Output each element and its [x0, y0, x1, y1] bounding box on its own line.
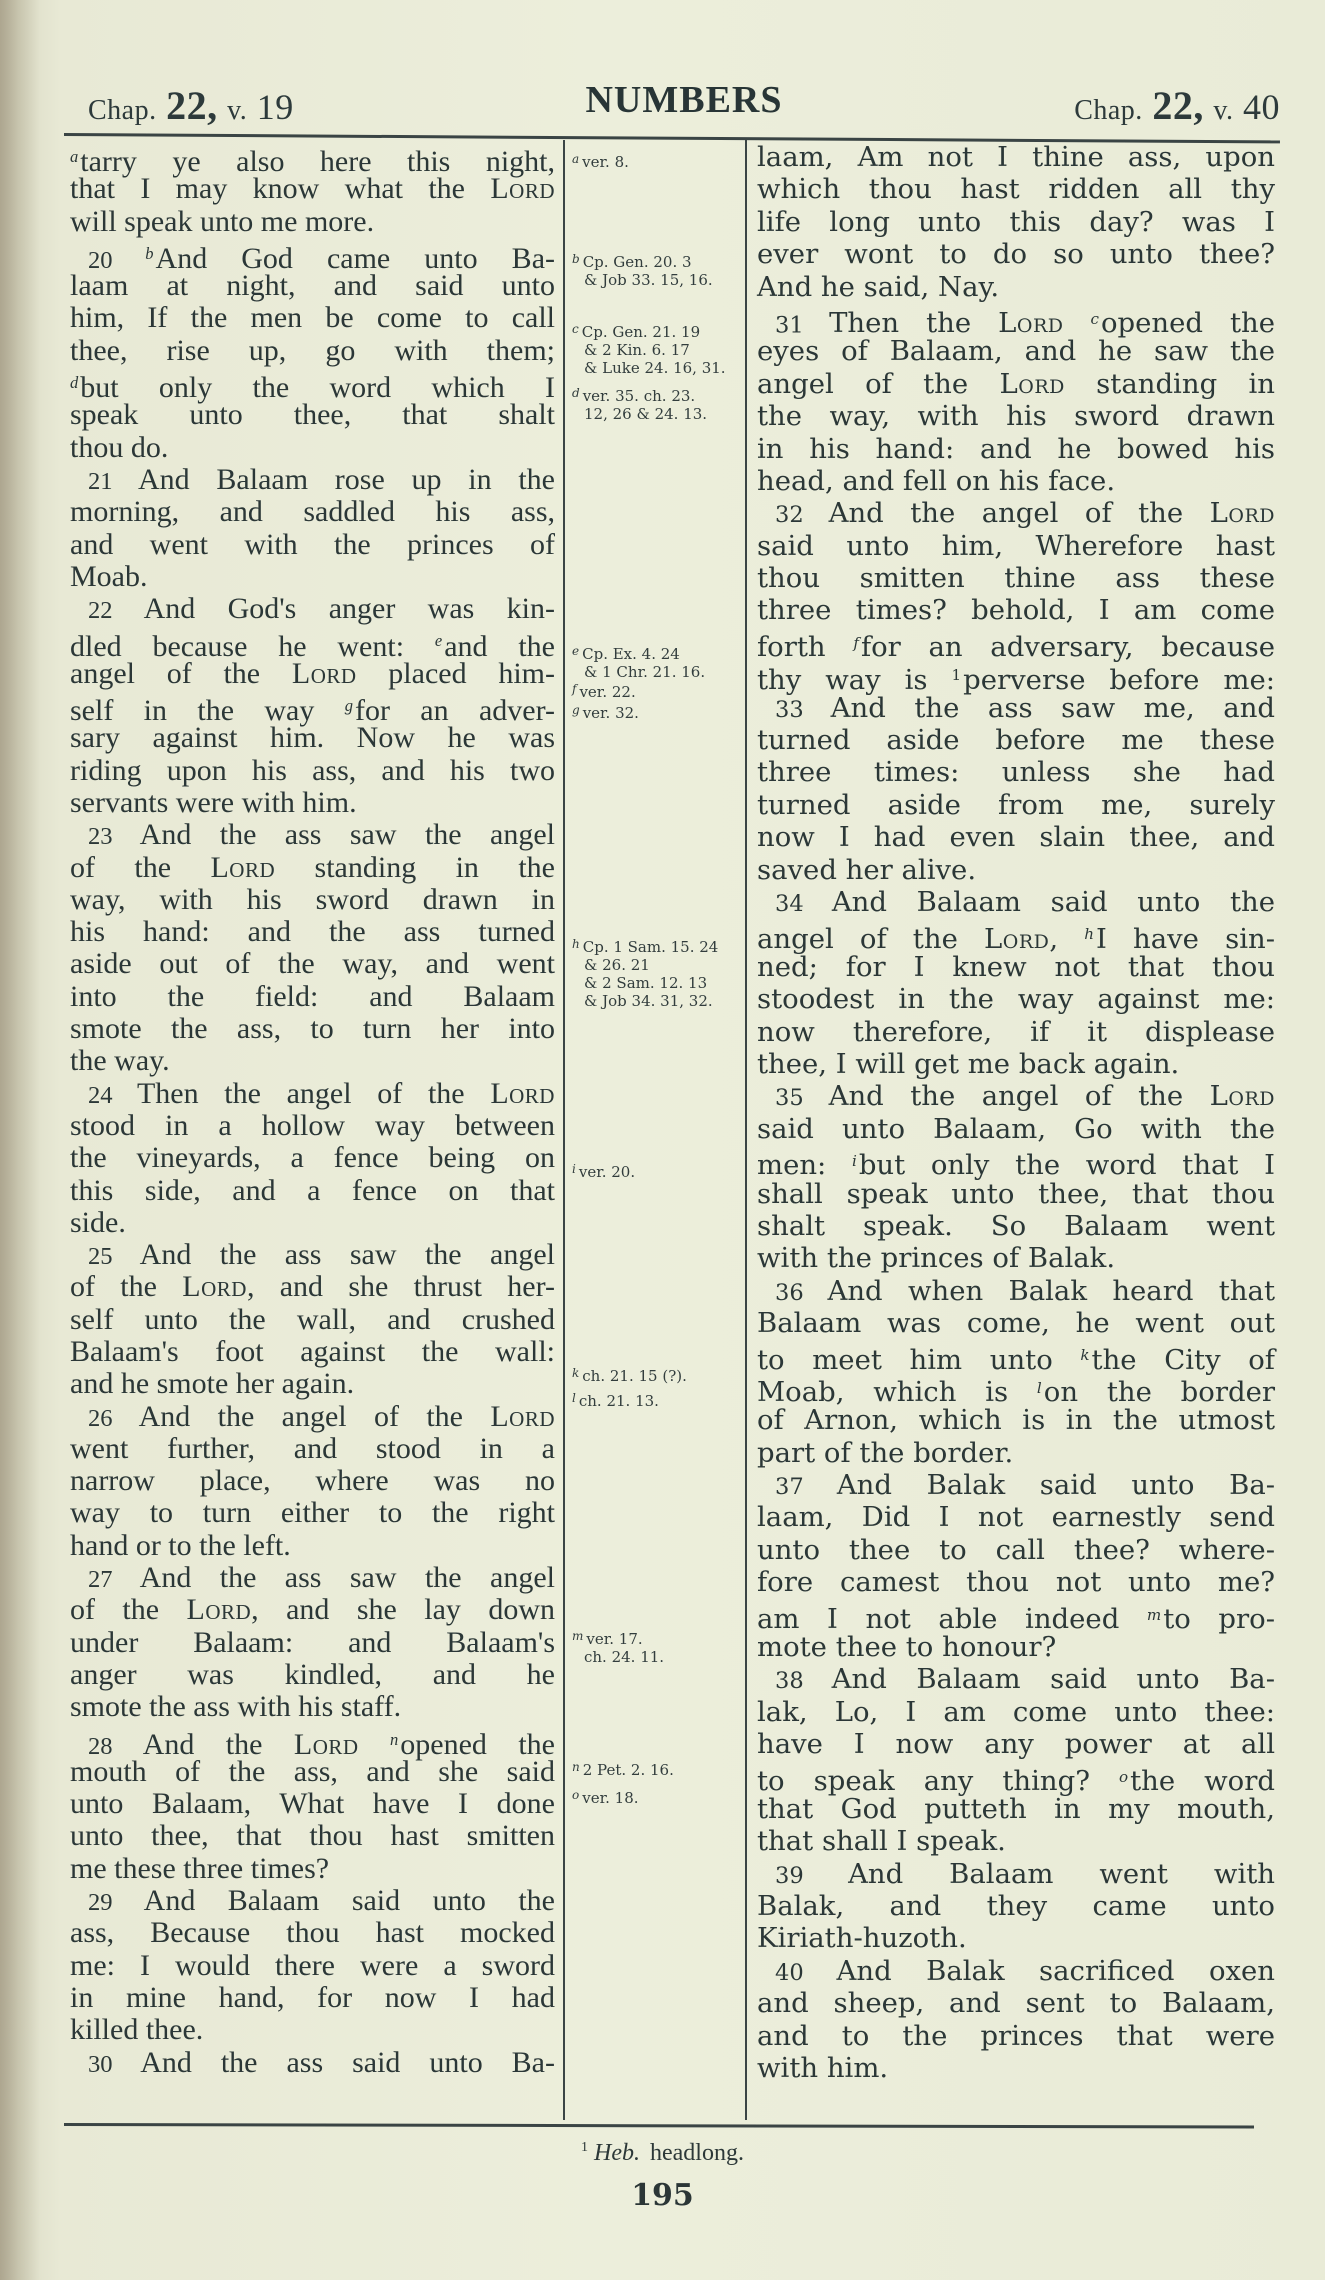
reference-marker: b — [145, 244, 153, 263]
footnote-abbreviation: Heb. — [594, 2140, 640, 2166]
verse-start-line: 35 And the angel of the Lord — [757, 1080, 1275, 1112]
cross-reference-f: fver. 22. — [572, 680, 636, 701]
text-line: Balaam's foot against the wall: — [70, 1336, 555, 1368]
verse-text: And God's anger was kin- — [144, 592, 555, 625]
text-line: unto thee, that thou hast smitten — [70, 1820, 555, 1852]
verse-number: 29 — [88, 1889, 144, 1916]
verse-text: with him. — [757, 2052, 888, 2084]
text-line: the vineyards, a fence being on — [70, 1142, 555, 1174]
reference-letter: a — [572, 152, 579, 166]
reference-text: & Luke 24. 16, 31. — [572, 359, 726, 377]
text-line: self in the way gfor an adver- — [70, 690, 555, 722]
verse-number: 26 — [88, 1405, 139, 1432]
text-line: to speak any thing? othe word — [757, 1761, 1275, 1793]
verse-text: And the angel of the Lord — [829, 1080, 1275, 1112]
verse-text: Then the angel of the Lord — [137, 1077, 555, 1110]
divine-name: Lord — [292, 657, 357, 690]
verse-start-line: 22 And God's anger was kin- — [70, 593, 555, 625]
verse-text: And Balaam said unto the — [832, 886, 1275, 918]
text-line: have I now any power at all — [757, 1728, 1275, 1760]
verse-text: laam, Am not I thine ass, upon — [757, 141, 1275, 173]
verse-text: of the Lord standing in the — [70, 851, 555, 884]
verse-text: smote the ass, to turn her into — [70, 1012, 555, 1045]
text-column-left: atarry ye also here this night,that I ma… — [70, 141, 555, 2079]
running-header: Chap. 22, v. 19 NUMBERS Chap. 22, v. 40 — [88, 74, 1280, 134]
text-line: and went with the princes of — [70, 529, 555, 561]
verse-text: shall speak unto thee, that thou — [757, 1178, 1275, 1210]
verse-text: of Arnon, which is in the utmost — [757, 1404, 1275, 1436]
reference-marker: m — [1147, 1606, 1161, 1624]
verse-start-line: 40 And Balak sacrificed oxen — [757, 1955, 1275, 1987]
reference-letter: g — [572, 703, 580, 717]
verse-text: into the field: and Balaam — [70, 980, 555, 1013]
verse-text: And the ass saw the angel — [140, 818, 555, 851]
text-line: angel of the Lord standing in — [757, 368, 1275, 400]
text-line: laam at night, and said unto — [70, 270, 555, 302]
verse-text: servants were with him. — [70, 786, 357, 819]
text-line: stoodest in the way against me: — [757, 983, 1275, 1015]
verse-text: in mine hand, for now I had — [70, 1981, 555, 2014]
reference-marker: c — [1091, 310, 1099, 328]
verse-text: that God putteth in my mouth, — [757, 1793, 1275, 1825]
text-line: thou smitten thine ass these — [757, 562, 1275, 594]
cross-reference-h: hCp. 1 Sam. 15. 24& 26. 21& 2 Sam. 12. 1… — [572, 935, 718, 1010]
verse-text: And the ass saw the angel — [140, 1561, 555, 1594]
verse-text: mote thee to honour? — [757, 1631, 1056, 1663]
text-line: narrow place, where was no — [70, 1465, 555, 1497]
verse-start-line: 29 And Balaam said unto the — [70, 1885, 555, 1917]
verse-text: three times: unless she had — [757, 756, 1275, 788]
text-line: hand or to the left. — [70, 1530, 555, 1562]
reference-letter: m — [572, 1629, 583, 1643]
verse-text: angel of the Lord placed him- — [70, 657, 555, 690]
text-line: of the Lord standing in the — [70, 852, 555, 884]
verse-start-line: 32 And the angel of the Lord — [757, 497, 1275, 529]
verse-start-line: 20 bAnd God came unto Ba- — [70, 238, 555, 270]
reference-text: Cp. Gen. 20. 3 — [583, 253, 692, 271]
reference-letter: e — [572, 644, 579, 658]
verse-text: the way. — [70, 1044, 170, 1077]
verse-start-line: 38 And Balaam said unto Ba- — [757, 1663, 1275, 1695]
verse-text: under Balaam: and Balaam's — [70, 1626, 555, 1659]
verse-text: that shall I speak. — [757, 1825, 1006, 1857]
verse-text: Balaam's foot against the wall: — [70, 1335, 555, 1368]
verse-text: stoodest in the way against me: — [757, 983, 1275, 1015]
divine-name: Lord — [210, 851, 275, 884]
text-line: smote the ass with his staff. — [70, 1691, 555, 1723]
reference-text: ch. 21. 15 (?). — [582, 1367, 687, 1385]
verse-number: 35 — [775, 1085, 829, 1111]
text-line: thy way is 1perverse before me: — [757, 659, 1275, 691]
verse-text: And the ass saw me, and — [831, 692, 1275, 724]
page-number: 195 — [0, 2178, 1325, 2213]
column-divider-left — [563, 140, 565, 2120]
cross-reference-c: cCp. Gen. 21. 19& 2 Kin. 6. 17& Luke 24.… — [572, 320, 726, 377]
text-line: and sheep, and sent to Balaam, — [757, 1987, 1275, 2019]
verse-number: 39 — [775, 1863, 848, 1889]
text-line: stood in a hollow way between — [70, 1110, 555, 1142]
reference-letter: i — [572, 1162, 576, 1176]
verse-text: went further, and stood in a — [70, 1432, 555, 1465]
reference-marker: a — [70, 147, 78, 166]
text-line: morning, and saddled his ass, — [70, 496, 555, 528]
verse-text: part of the border. — [757, 1437, 1013, 1469]
reference-text: ver. 20. — [579, 1163, 635, 1181]
text-line: eyes of Balaam, and he saw the — [757, 335, 1275, 367]
reference-text: 12, 26 & 24. 13. — [572, 405, 707, 423]
verse-number: 22 — [88, 597, 144, 624]
text-line: servants were with him. — [70, 787, 555, 819]
text-line: will speak unto me more. — [70, 206, 555, 238]
text-line: now therefore, if it displease — [757, 1016, 1275, 1048]
text-line: angel of the Lord placed him- — [70, 658, 555, 690]
text-line: his hand: and the ass turned — [70, 916, 555, 948]
cross-reference-a: aver. 8. — [572, 150, 629, 171]
reference-text: & Job 33. 15, 16. — [572, 271, 713, 289]
verse-start-line: 27 And the ass saw the angel — [70, 1562, 555, 1594]
reference-letter: o — [572, 1788, 579, 1802]
text-line: him, If the men be come to call — [70, 302, 555, 334]
divine-name: Lord — [999, 368, 1064, 400]
verse-text: him, If the men be come to call — [70, 301, 555, 334]
text-line: to meet him unto kthe City of — [757, 1339, 1275, 1371]
text-column-right: laam, Am not I thine ass, uponwhich thou… — [757, 141, 1275, 2084]
verse-text: eyes of Balaam, and he saw the — [757, 335, 1275, 367]
reference-text: ver. 17. — [586, 1630, 642, 1648]
text-line: thou do. — [70, 432, 555, 464]
reference-marker: o — [1119, 1768, 1128, 1786]
text-line: dled because he went: eand the — [70, 625, 555, 657]
verse-text: killed thee. — [70, 2013, 203, 2046]
text-line: and to the princes that were — [757, 2020, 1275, 2052]
verse-text: laam at night, and said unto — [70, 269, 555, 302]
verse-text: Moab. — [70, 560, 148, 593]
reference-text: ver. 32. — [583, 704, 639, 722]
verse-start-line: 26 And the angel of the Lord — [70, 1401, 555, 1433]
verse-text: laam, Did I not earnestly send — [757, 1501, 1275, 1533]
verse-text: And Balaam rose up in the — [138, 463, 555, 496]
verse-text: And Balaam said unto Ba- — [832, 1663, 1275, 1695]
verse-text: unto thee, that thou hast smitten — [70, 1819, 555, 1852]
footnote-marker: 1 — [581, 2140, 588, 2155]
cross-reference-b: bCp. Gen. 20. 3& Job 33. 15, 16. — [572, 250, 713, 289]
verse-text: unto thee to call thee? where- — [757, 1534, 1275, 1566]
cross-reference-m: mver. 17.ch. 24. 11. — [572, 1627, 664, 1666]
verse-text: unto Balaam, What have I done — [70, 1787, 555, 1820]
verse-text: his hand: and the ass turned — [70, 915, 555, 948]
verse-text: And Balaam went with — [848, 1858, 1275, 1890]
verse-start-line: 39 And Balaam went with — [757, 1858, 1275, 1890]
verse-number: 40 — [775, 1960, 837, 1986]
text-line: the way. — [70, 1045, 555, 1077]
verse-start-line: 25 And the ass saw the angel — [70, 1239, 555, 1271]
text-line: fore camest thou not unto me? — [757, 1566, 1275, 1598]
verse-text: And Balaam said unto the — [144, 1884, 555, 1917]
verse-start-line: 30 And the ass said unto Ba- — [70, 2047, 555, 2079]
verse-text: of the Lord, and she lay down — [70, 1593, 555, 1626]
text-line: And he said, Nay. — [757, 271, 1275, 303]
verse-text: speak unto thee, that shalt — [70, 398, 555, 431]
text-line: ever wont to do so unto thee? — [757, 238, 1275, 270]
verse-text: fore camest thou not unto me? — [757, 1566, 1275, 1598]
reference-letter: l — [572, 1391, 576, 1405]
text-line: way to turn either to the right — [70, 1497, 555, 1529]
text-line: said unto him, Wherefore hast — [757, 530, 1275, 562]
reference-letter: n — [572, 1760, 580, 1774]
reference-text: & 1 Chr. 21. 16. — [572, 663, 705, 681]
verse-text: side. — [70, 1206, 126, 1239]
verse-text: me: I would there were a sword — [70, 1949, 555, 1982]
text-line: me: I would there were a sword — [70, 1950, 555, 1982]
text-line: which thou hast ridden all thy — [757, 173, 1275, 205]
cross-reference-o: over. 18. — [572, 1786, 639, 1807]
verse-text: ever wont to do so unto thee? — [757, 238, 1275, 270]
verse-start-line: 28 And the Lord nopened the — [70, 1724, 555, 1756]
verse-text: morning, and saddled his ass, — [70, 495, 555, 528]
text-line: head, and fell on his face. — [757, 465, 1275, 497]
text-line: me these three times? — [70, 1853, 555, 1885]
verse-text: angel of the Lord standing in — [757, 368, 1275, 400]
text-line: with him. — [757, 2052, 1275, 2084]
text-line: went further, and stood in a — [70, 1433, 555, 1465]
text-line: that God putteth in my mouth, — [757, 1793, 1275, 1825]
verse-text: And the angel of the Lord — [829, 497, 1275, 529]
verse-text: head, and fell on his face. — [757, 465, 1115, 497]
verse-text: and went with the princes of — [70, 528, 555, 561]
verse-start-line: 36 And when Balak heard that — [757, 1275, 1275, 1307]
text-line: forth ffor an adversary, because — [757, 627, 1275, 659]
verse-text: lak, Lo, I am come unto thee: — [757, 1696, 1275, 1728]
reference-marker: i — [852, 1152, 857, 1170]
text-line: of the Lord, and she lay down — [70, 1594, 555, 1626]
reference-marker: g — [345, 696, 353, 715]
verse-text: to meet him unto kthe City of — [757, 1344, 1275, 1376]
reference-letter: h — [572, 937, 580, 951]
verse-number: 23 — [88, 823, 140, 850]
verse-text: And the ass saw the angel — [140, 1238, 555, 1271]
verse-text: aside out of the way, and went — [70, 947, 555, 980]
divine-name: Lord — [490, 1077, 555, 1110]
reference-marker: k — [1080, 1346, 1089, 1364]
text-line: life long unto this day? was I — [757, 206, 1275, 238]
text-line: Moab. — [70, 561, 555, 593]
verse-number: 37 — [775, 1474, 837, 1500]
text-line: unto Balaam, What have I done — [70, 1788, 555, 1820]
verse-number: 38 — [775, 1668, 832, 1694]
text-line: said unto Balaam, Go with the — [757, 1113, 1275, 1145]
footnote-marker: 1 — [951, 666, 961, 684]
text-line: that I may know what the Lord — [70, 173, 555, 205]
text-line: anger was kindled, and he — [70, 1659, 555, 1691]
text-line: sary against him. Now he was — [70, 722, 555, 754]
reference-text: ver. 18. — [582, 1789, 638, 1807]
footnote: 1Heb. headlong. — [0, 2140, 1325, 2167]
text-line: in his hand: and he bowed his — [757, 433, 1275, 465]
reference-text: Cp. Gen. 21. 19 — [582, 323, 700, 341]
text-line: laam, Did I not earnestly send — [757, 1501, 1275, 1533]
text-line: this side, and a fence on that — [70, 1175, 555, 1207]
cross-reference-l: lch. 21. 13. — [572, 1389, 659, 1410]
text-line: aside out of the way, and went — [70, 948, 555, 980]
verse-text: turned aside before me these — [757, 724, 1275, 756]
verse-text: And when Balak heard that — [827, 1275, 1275, 1307]
verse-text: that I may know what the Lord — [70, 172, 555, 205]
verse-text: ass, Because thou hast mocked — [70, 1916, 555, 1949]
verse-text: said unto him, Wherefore hast — [757, 530, 1275, 562]
reference-text: ver. 22. — [579, 683, 635, 701]
reference-letter: f — [572, 682, 576, 696]
text-line: Balaam was come, he went out — [757, 1307, 1275, 1339]
verse-text: sary against him. Now he was — [70, 721, 555, 754]
verse-start-line: 34 And Balaam said unto the — [757, 886, 1275, 918]
text-line: mote thee to honour? — [757, 1631, 1275, 1663]
text-line: thee, rise up, go with them; — [70, 335, 555, 367]
divine-name: Lord — [1210, 497, 1275, 529]
verse-text: stood in a hollow way between — [70, 1109, 555, 1142]
divine-name: Lord — [490, 1400, 555, 1433]
text-line: ass, Because thou hast mocked — [70, 1917, 555, 1949]
verse-text: And Balak said unto Ba- — [837, 1469, 1275, 1501]
reference-letter: b — [572, 252, 580, 266]
verse-text: thee, rise up, go with them; — [70, 334, 555, 367]
verse-text: of the Lord, and she thrust her- — [70, 1270, 555, 1303]
reference-text: Cp. Ex. 4. 24 — [582, 645, 680, 663]
reference-marker: e — [435, 631, 442, 650]
cross-reference-e: eCp. Ex. 4. 24& 1 Chr. 21. 16. — [572, 642, 705, 681]
text-line: now I had even slain thee, and — [757, 821, 1275, 853]
text-line: way, with his sword drawn in — [70, 884, 555, 916]
text-line: of Arnon, which is in the utmost — [757, 1404, 1275, 1436]
text-line: with the princes of Balak. — [757, 1242, 1275, 1274]
reference-letter: k — [572, 1366, 579, 1380]
text-line: turned aside before me these — [757, 724, 1275, 756]
reference-letter: c — [572, 322, 579, 336]
divine-name: Lord — [187, 1593, 252, 1626]
reference-text: ver. 8. — [582, 153, 629, 171]
text-line: Kiriath-huzoth. — [757, 1922, 1275, 1954]
text-line: am I not able indeed mto pro- — [757, 1599, 1275, 1631]
verse-text: with the princes of Balak. — [757, 1242, 1115, 1274]
text-line: three times? behold, I am come — [757, 594, 1275, 626]
text-line: self unto the wall, and crushed — [70, 1304, 555, 1336]
text-line: Balak, and they came unto — [757, 1890, 1275, 1922]
reference-marker: d — [70, 373, 78, 392]
text-line: saved her alive. — [757, 854, 1275, 886]
verse-number: 25 — [88, 1243, 140, 1270]
verse-text: which thou hast ridden all thy — [757, 173, 1275, 205]
text-line: laam, Am not I thine ass, upon — [757, 141, 1275, 173]
verse-text: saved her alive. — [757, 854, 976, 886]
text-line: angel of the Lord, hI have sin- — [757, 918, 1275, 950]
verse-text: And Balak sacrificed oxen — [837, 1955, 1275, 1987]
reference-text: & 26. 21 — [572, 956, 718, 974]
verse-number: 33 — [775, 697, 831, 723]
text-line: under Balaam: and Balaam's — [70, 1627, 555, 1659]
verse-text: now I had even slain thee, and — [757, 821, 1275, 853]
reference-text: ver. 35. ch. 23. — [583, 387, 696, 405]
text-line: shall speak unto thee, that thou — [757, 1178, 1275, 1210]
reference-text: Cp. 1 Sam. 15. 24 — [583, 938, 719, 956]
verse-text: the vineyards, a fence being on — [70, 1141, 555, 1174]
text-line: ned; for I knew not that thou — [757, 951, 1275, 983]
binding-shadow — [0, 0, 40, 2280]
reference-letter: d — [572, 386, 580, 400]
verse-number: 24 — [88, 1082, 137, 1109]
reference-marker: f — [853, 634, 859, 652]
verse-text: shalt speak. So Balaam went — [757, 1210, 1275, 1242]
text-line: into the field: and Balaam — [70, 981, 555, 1013]
verse-text: Kiriath-huzoth. — [757, 1922, 967, 1954]
verse-text: thee, I will get me back again. — [757, 1048, 1179, 1080]
verse-start-line: 33 And the ass saw me, and — [757, 692, 1275, 724]
divine-name: Lord — [490, 172, 555, 205]
bible-page: Chap. 22, v. 19 NUMBERS Chap. 22, v. 40 … — [0, 0, 1325, 2280]
verse-text: smote the ass with his staff. — [70, 1690, 401, 1723]
text-line: men: ibut only the word that I — [757, 1145, 1275, 1177]
reference-text: 2 Pet. 2. 16. — [583, 1761, 674, 1779]
verse-text: will speak unto me more. — [70, 205, 374, 238]
reference-marker: l — [1037, 1379, 1042, 1397]
text-line: part of the border. — [757, 1437, 1275, 1469]
reference-text: & 2 Sam. 12. 13 — [572, 974, 718, 992]
text-line: thee, I will get me back again. — [757, 1048, 1275, 1080]
verse-start-line: 37 And Balak said unto Ba- — [757, 1469, 1275, 1501]
text-line: dbut only the word which I — [70, 367, 555, 399]
footer-rule — [64, 2123, 1254, 2128]
divine-name: Lord — [1210, 1080, 1275, 1112]
verse-text: And he said, Nay. — [757, 271, 999, 303]
verse-text: self unto the wall, and crushed — [70, 1303, 555, 1336]
verse-text: and he smote her again. — [70, 1367, 354, 1400]
verse-text: have I now any power at all — [757, 1728, 1275, 1760]
verse-text: turned aside from me, surely — [757, 789, 1275, 821]
verse-text: way to turn either to the right — [70, 1496, 555, 1529]
reference-text: & 2 Kin. 6. 17 — [572, 341, 726, 359]
header-right-reference: Chap. 22, v. 40 — [1074, 82, 1280, 129]
verse-number: 32 — [775, 502, 829, 528]
divine-name: Lord — [182, 1270, 247, 1303]
verse-text: anger was kindled, and he — [70, 1658, 555, 1691]
text-line: lak, Lo, I am come unto thee: — [757, 1696, 1275, 1728]
cross-reference-n: n2 Pet. 2. 16. — [572, 1758, 674, 1779]
text-line: and he smote her again. — [70, 1368, 555, 1400]
text-line: of the Lord, and she thrust her- — [70, 1271, 555, 1303]
verse-text: this side, and a fence on that — [70, 1174, 555, 1207]
verse-text: Balaam was come, he went out — [757, 1307, 1275, 1339]
verse-text: mouth of the ass, and she said — [70, 1755, 555, 1788]
reference-marker: h — [1084, 925, 1094, 943]
text-line: the way, with his sword drawn — [757, 400, 1275, 432]
verse-text: riding upon his ass, and his two — [70, 754, 555, 787]
reference-text: ch. 24. 11. — [572, 1648, 664, 1666]
reference-marker: n — [390, 1730, 398, 1749]
text-line: shalt speak. So Balaam went — [757, 1210, 1275, 1242]
verse-text: ned; for I knew not that thou — [757, 951, 1275, 983]
verse-text: said unto Balaam, Go with the — [757, 1113, 1275, 1145]
verse-text: and sheep, and sent to Balaam, — [757, 1987, 1275, 2019]
text-line: three times: unless she had — [757, 756, 1275, 788]
verse-text: narrow place, where was no — [70, 1464, 555, 1497]
verse-start-line: 21 And Balaam rose up in the — [70, 464, 555, 496]
text-line: riding upon his ass, and his two — [70, 755, 555, 787]
cross-reference-i: iver. 20. — [572, 1160, 635, 1181]
verse-number: 21 — [88, 468, 138, 495]
verse-text: hand or to the left. — [70, 1529, 291, 1562]
verse-text: now therefore, if it displease — [757, 1016, 1275, 1048]
verse-number: 27 — [88, 1566, 140, 1593]
verse-start-line: 23 And the ass saw the angel — [70, 819, 555, 851]
text-line: speak unto thee, that shalt — [70, 399, 555, 431]
